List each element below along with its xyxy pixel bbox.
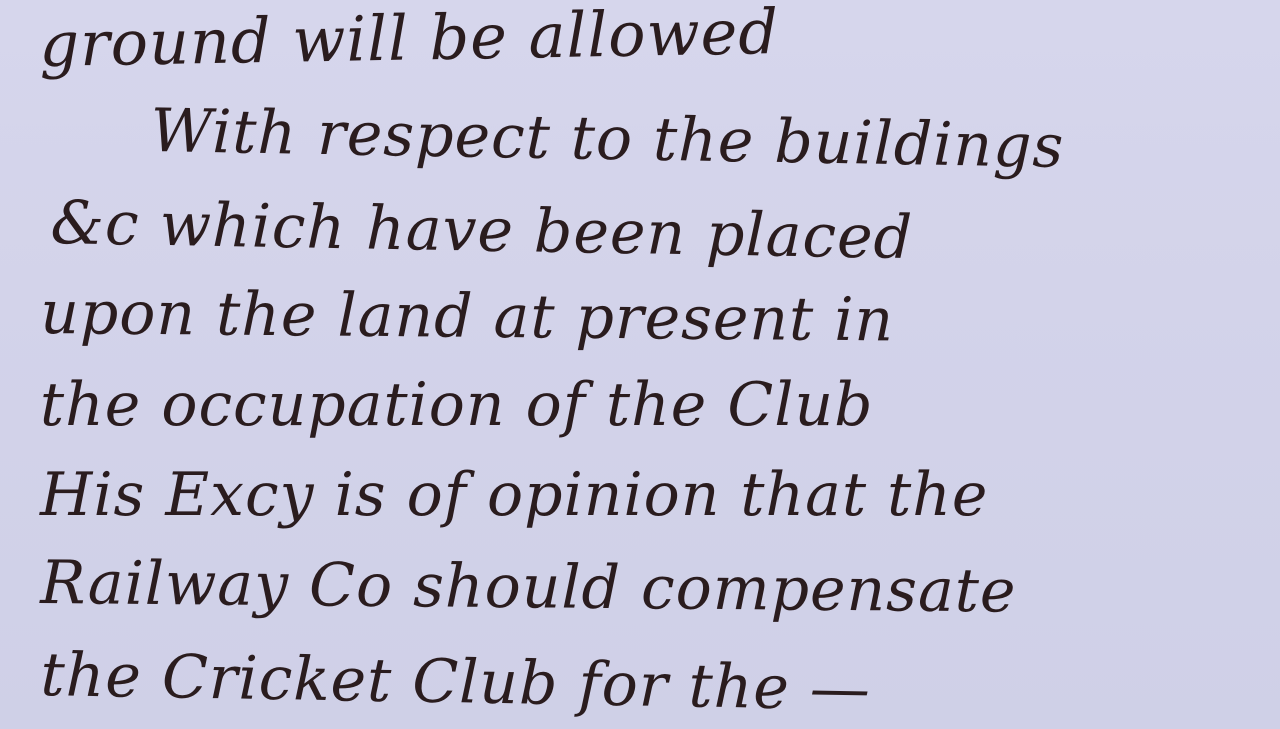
manuscript-line-4: upon the land at present in: [40, 278, 894, 355]
manuscript-line-7: Railway Co should compensate: [40, 548, 1017, 627]
manuscript-line-2: With respect to the buildings: [150, 96, 1065, 182]
manuscript-page: ground will be allowed With respect to t…: [0, 0, 1280, 729]
manuscript-line-1: ground will be allowed: [39, 0, 780, 81]
manuscript-line-6: His Excy is of opinion that the: [40, 460, 988, 530]
manuscript-line-5: the occupation of the Club: [40, 370, 874, 440]
manuscript-line-3: &c which have been placed: [50, 188, 914, 273]
manuscript-line-8: the Cricket Club for the —: [40, 640, 872, 724]
